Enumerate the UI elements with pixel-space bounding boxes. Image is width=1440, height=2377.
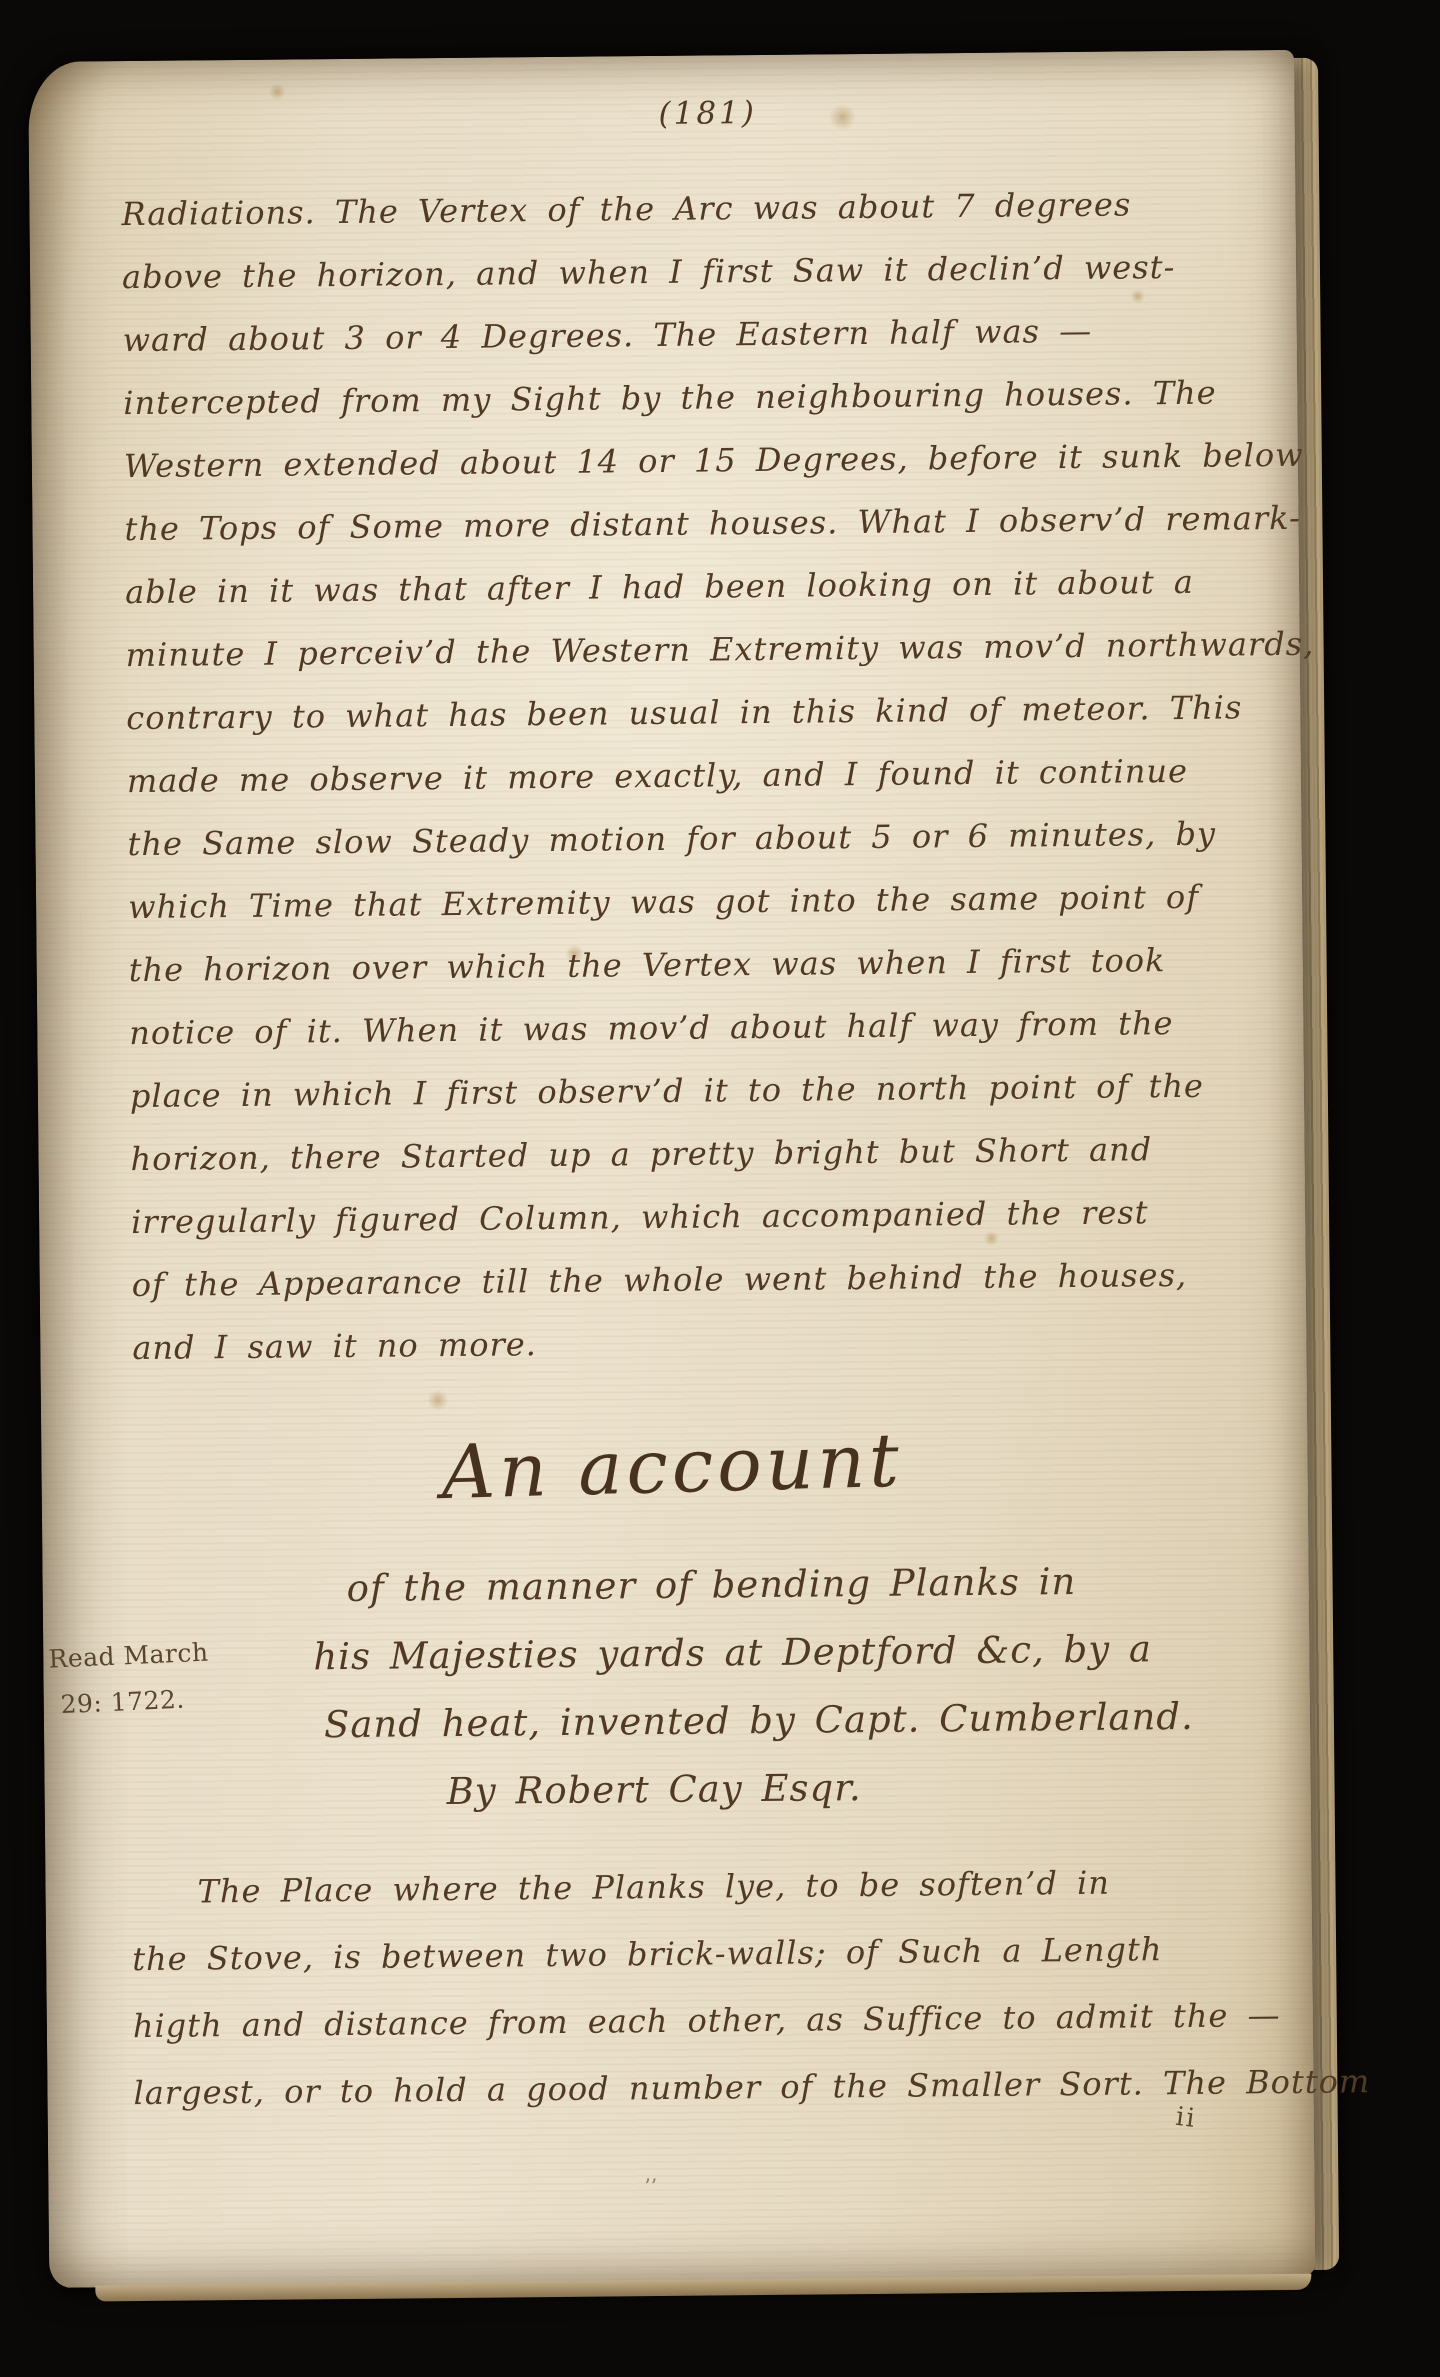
manuscript-line: and I saw it no more. [132,1306,1321,1380]
manuscript-line: which Time that Extremity was got into t… [128,865,1317,939]
small-pen-mark: ’’ [644,2174,657,2198]
manuscript-line: contrary to what has been usual in this … [126,676,1315,750]
manuscript-line: higth and distance from each other, as S… [133,1981,1370,2060]
manuscript-line: the Stove, is between two brick-walls; o… [132,1914,1369,1993]
manuscript-line: above the horizon, and when I first Saw … [122,235,1311,309]
subtitle-line: his Majesties yards at Deptford &c, by a [313,1615,1193,1691]
manuscript-line: made me observe it more exactly, and I f… [127,739,1316,813]
manuscript-line: the horizon over which the Vertex was wh… [128,928,1317,1002]
page-number: (181) [658,95,757,132]
margin-note-line: Read March [48,1630,210,1683]
manuscript-line: horizon, there Started up a pretty brigh… [130,1117,1319,1191]
manuscript-line: notice of it. When it was mov’d about ha… [129,991,1318,1065]
manuscript-line: place in which I first observ’d it to th… [130,1054,1319,1128]
photograph-background: { "document": { "page_number": "(181)", … [0,0,1440,2377]
place-paragraph: The Place where the Planks lye, to be so… [131,1847,1370,2127]
radiations-paragraph: Radiations. The Vertex of the Arc was ab… [121,172,1321,1380]
manuscript-line: irregularly figured Column, which accomp… [131,1180,1320,1254]
manuscript-line: intercepted from my Sight by the neighbo… [123,361,1312,435]
manuscript-line: minute I perceiv’d the Western Extremity… [125,613,1314,687]
manuscript-line: The Place where the Planks lye, to be so… [197,1847,1368,1925]
read-date-margin-note: Read March 29: 1722. [48,1630,212,1729]
manuscript-line: Western extended about 14 or 15 Degrees,… [124,424,1313,498]
subtitle-line: of the manner of bending Planks in [346,1547,1192,1623]
manuscript-line: able in it was that after I had been loo… [125,550,1314,624]
page-bottom-edge [95,2274,1311,2302]
manuscript-line: the Same slow Steady motion for about 5 … [127,802,1316,876]
account-title: An account [440,1418,903,1516]
foxing-spot [268,84,286,100]
manuscript-line: the Tops of Some more distant houses. Wh… [124,487,1313,561]
foxing-spot [427,1390,449,1410]
subtitle-line: Sand heat, invented by Capt. Cumberland. [324,1683,1194,1759]
folio-mark: ii [1174,2102,1198,2134]
account-subtitle: of the manner of bending Planks in his M… [312,1547,1194,1827]
foxing-spot [828,104,856,130]
manuscript-line: ward about 3 or 4 Degrees. The Eastern h… [122,298,1311,372]
manuscript-line: of the Appearance till the whole went be… [131,1243,1320,1317]
margin-note-line: 29: 1722. [60,1676,212,1729]
manuscript-page: (181) Radiations. The Vertex of the Arc … [28,50,1315,2288]
subtitle-line: By Robert Cay Esqr. [446,1751,1194,1826]
manuscript-line: Radiations. The Vertex of the Arc was ab… [121,172,1310,246]
